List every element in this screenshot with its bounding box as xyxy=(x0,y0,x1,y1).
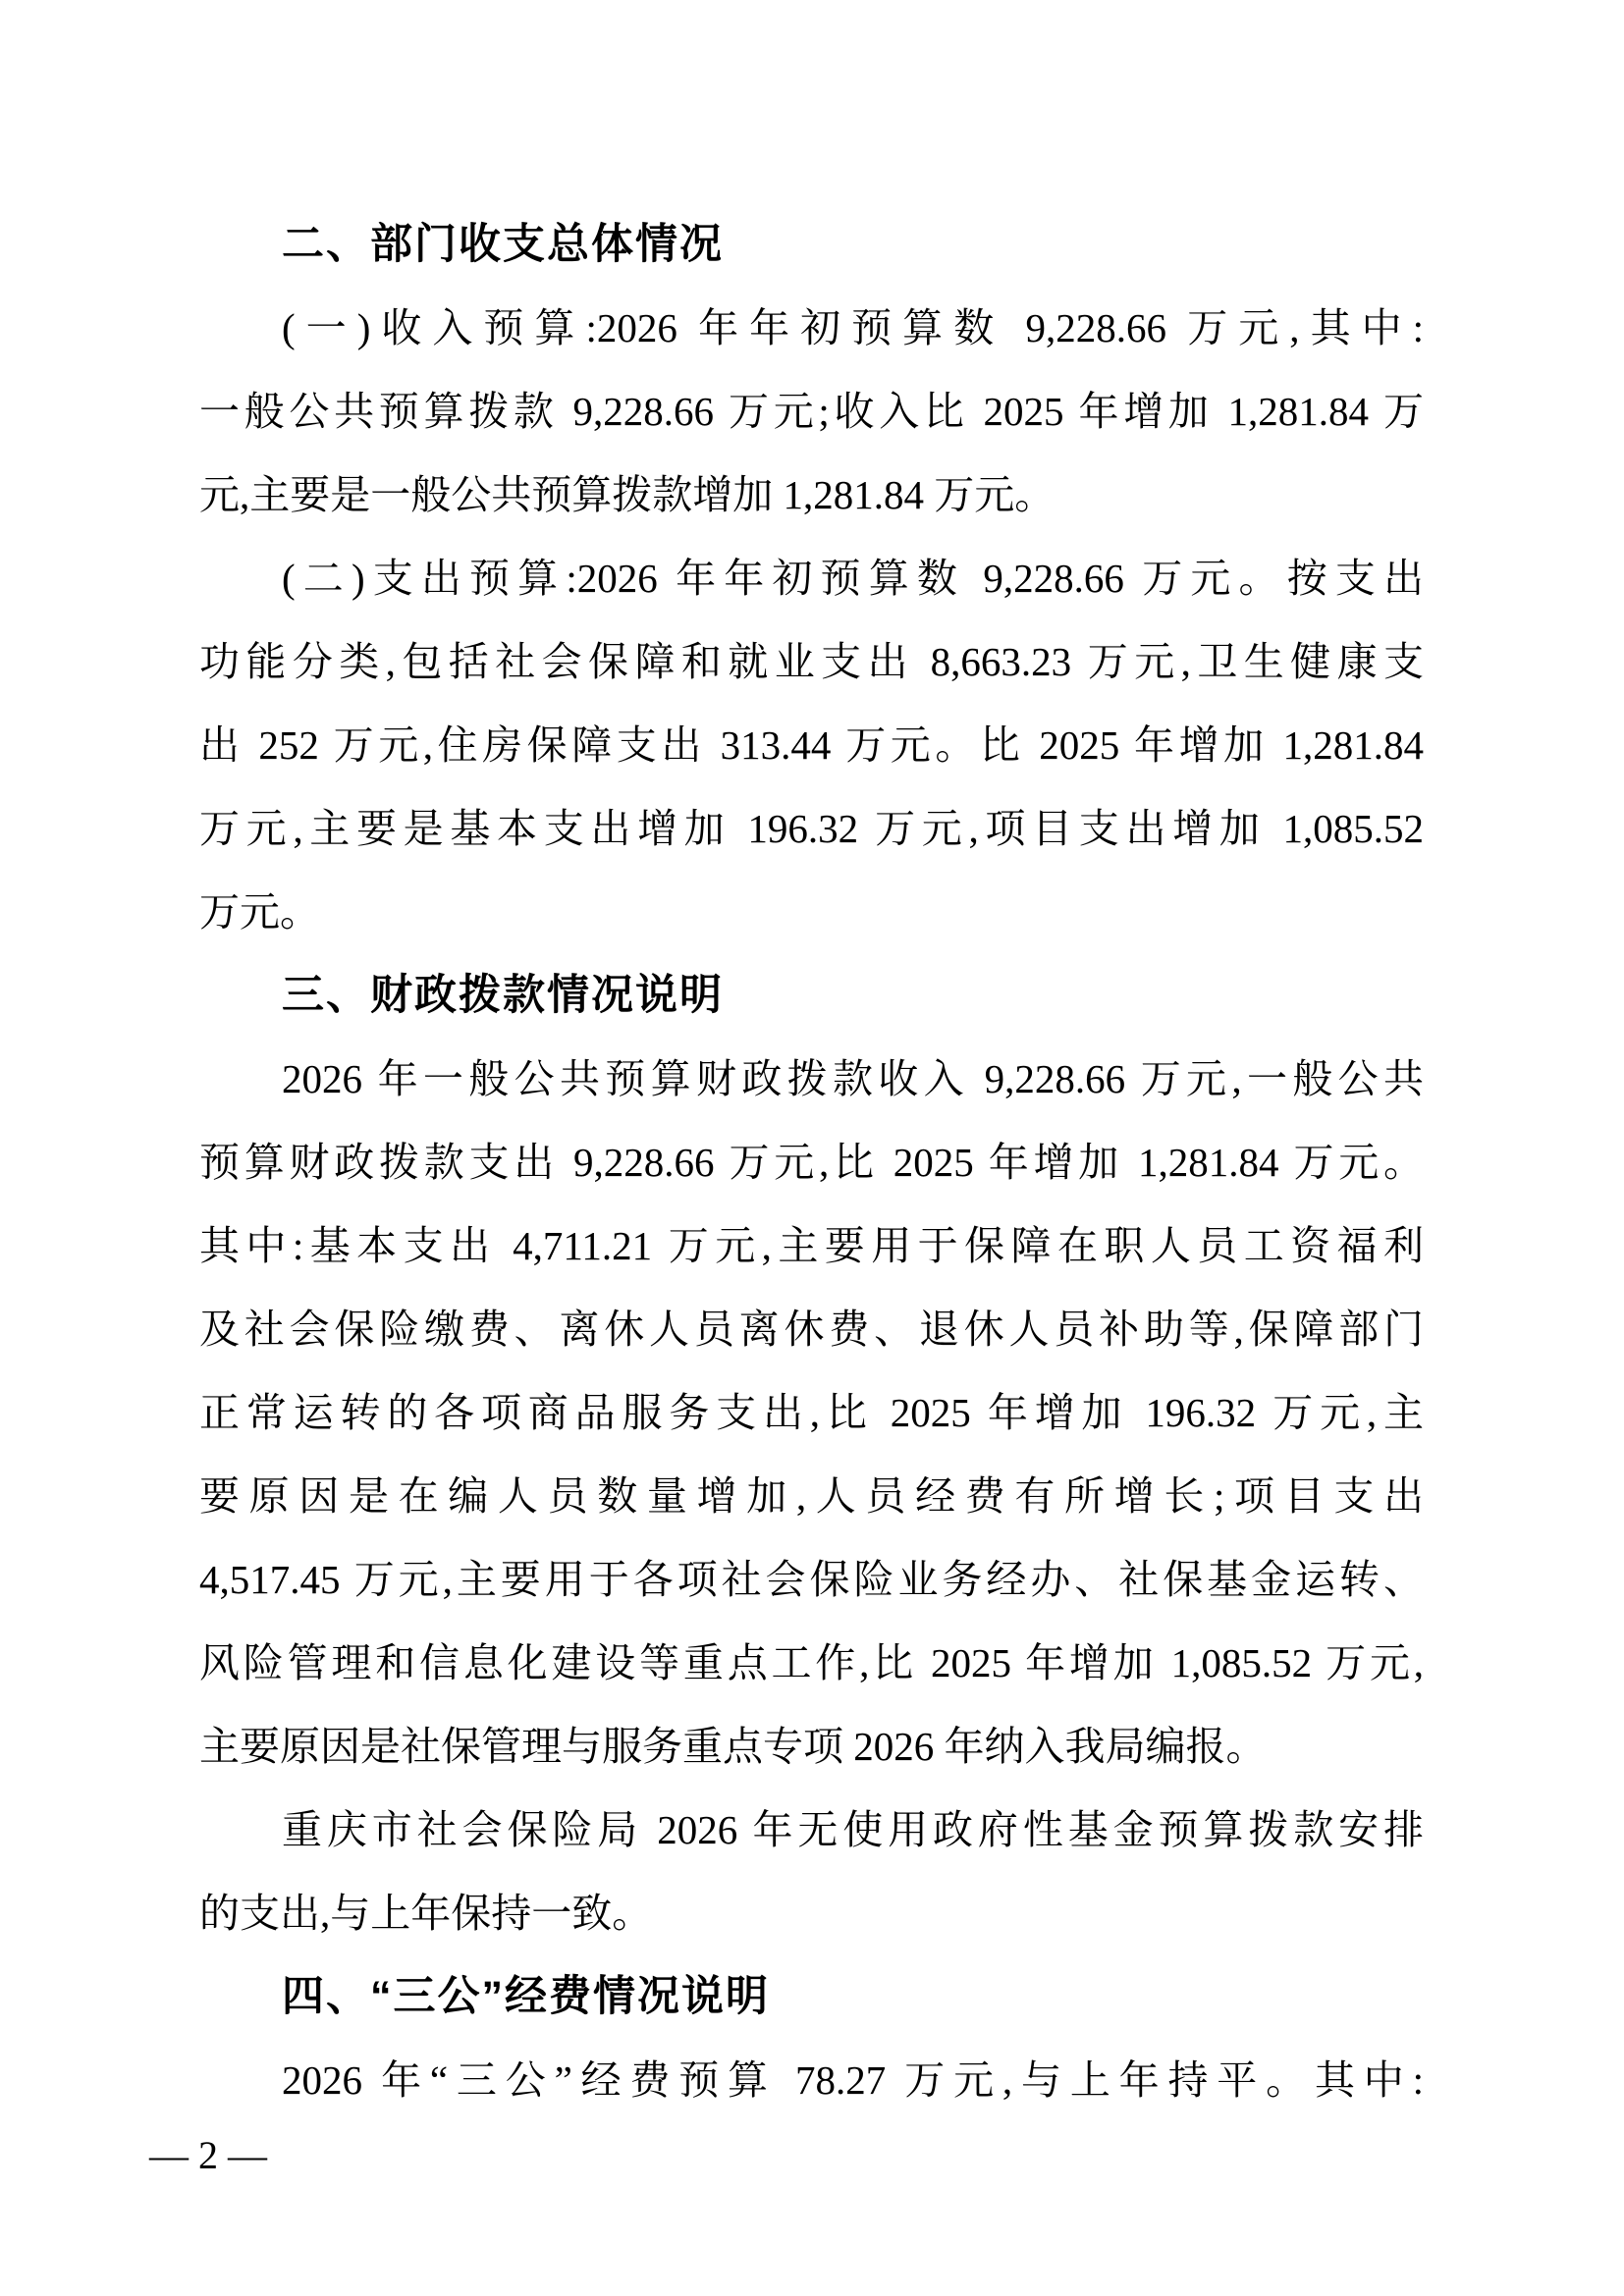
body-line: 2026 年“三公”经费预算 78.27 万元,与上年持平。其中: xyxy=(199,2039,1424,2122)
body-line: 万元。 xyxy=(199,871,1424,954)
document-body: 二、部门收支总体情况 (一)收入预算:2026 年年初预算数 9,228.66 … xyxy=(199,203,1424,2122)
body-line: 正常运转的各项商品服务支出,比 2025 年增加 196.32 万元,主 xyxy=(199,1371,1424,1455)
body-line: (二)支出预算:2026 年年初预算数 9,228.66 万元。按支出 xyxy=(199,537,1424,620)
body-line: 4,517.45 万元,主要用于各项社会保险业务经办、社保基金运转、 xyxy=(199,1538,1424,1622)
body-line: 其中:基本支出 4,711.21 万元,主要用于保障在职人员工资福利 xyxy=(199,1204,1424,1288)
body-line: 主要原因是社保管理与服务重点专项 2026 年纳入我局编报。 xyxy=(199,1705,1424,1789)
body-line: 2026 年一般公共预算财政拨款收入 9,228.66 万元,一般公共 xyxy=(199,1038,1424,1121)
body-line: 一般公共预算拨款 9,228.66 万元;收入比 2025 年增加 1,281.… xyxy=(199,370,1424,454)
body-line: 预算财政拨款支出 9,228.66 万元,比 2025 年增加 1,281.84… xyxy=(199,1121,1424,1204)
body-line: 重庆市社会保险局 2026 年无使用政府性基金预算拨款安排 xyxy=(199,1789,1424,1872)
body-line: 风险管理和信息化建设等重点工作,比 2025 年增加 1,085.52 万元, xyxy=(199,1622,1424,1705)
page-number: — 2 — xyxy=(149,2113,267,2197)
body-line: 出 252 万元,住房保障支出 313.44 万元。比 2025 年增加 1,2… xyxy=(199,704,1424,787)
body-line: 功能分类,包括社会保障和就业支出 8,663.23 万元,卫生健康支 xyxy=(199,620,1424,704)
body-line: 元,主要是一般公共预算拨款增加 1,281.84 万元。 xyxy=(199,454,1424,537)
heading-section-3: 三、财政拨款情况说明 xyxy=(199,954,1424,1038)
heading-section-4: 四、“三公”经费情况说明 xyxy=(199,1955,1424,2039)
document-page: { "content": { "lines": [ { "role": "hea… xyxy=(0,0,1624,2296)
heading-section-2: 二、部门收支总体情况 xyxy=(199,203,1424,287)
body-line: 要原因是在编人员数量增加,人员经费有所增长;项目支出 xyxy=(199,1455,1424,1538)
body-line: 万元,主要是基本支出增加 196.32 万元,项目支出增加 1,085.52 xyxy=(199,787,1424,871)
body-line: 及社会保险缴费、离休人员离休费、退休人员补助等,保障部门 xyxy=(199,1288,1424,1371)
body-line: (一)收入预算:2026 年年初预算数 9,228.66 万元,其中: xyxy=(199,287,1424,370)
body-line: 的支出,与上年保持一致。 xyxy=(199,1872,1424,1955)
